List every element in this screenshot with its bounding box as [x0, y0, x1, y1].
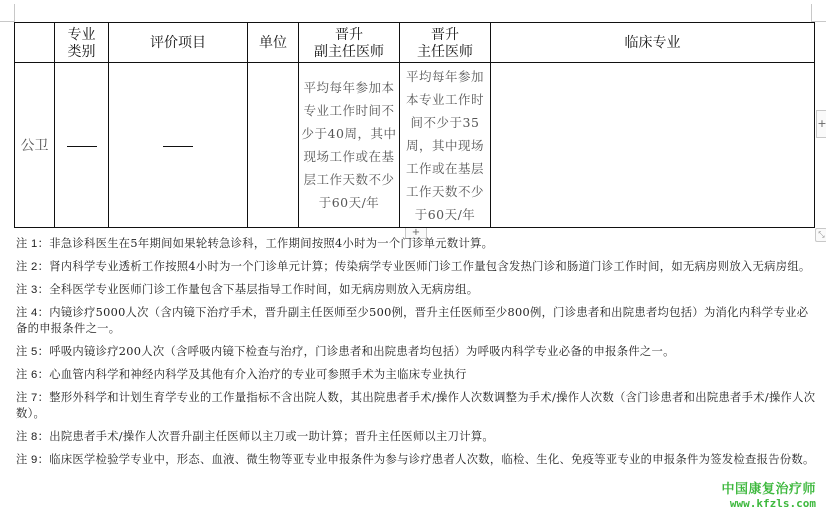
- watermark-name: 中国康复治疗师: [721, 482, 816, 497]
- note-label: 注 4：: [16, 307, 49, 319]
- cell-chief-requirement[interactable]: 平均每年参加本专业工作时间不少于35周，其中现场工作或在基层工作天数不少于60天…: [400, 63, 491, 228]
- add-column-button[interactable]: +: [816, 110, 826, 138]
- table-header-row: 专业 类别 评价项目 单位 晋升 副主任医师 晋升 主任医师 临床专业: [15, 23, 815, 63]
- note-6: 注 6：心血管内科学和神经内科学及其他有介入治疗的专业可参照手术为主临床专业执行: [16, 367, 816, 383]
- em-dash-placeholder: [67, 146, 97, 147]
- note-label: 注 1：: [16, 238, 49, 250]
- cell-clinical[interactable]: [491, 63, 815, 228]
- header-line: 临床专业: [491, 34, 814, 51]
- site-watermark: 中国康复治疗师 www.kfzls.com: [721, 482, 816, 510]
- note-text: 肾内科学专业透析工作按照4小时为一个门诊单元计算；传染病学专业医师门诊工作量包含…: [49, 260, 810, 273]
- table-resize-handle[interactable]: ⤡: [815, 228, 826, 242]
- cell-major-category[interactable]: [55, 63, 109, 228]
- watermark-url: www.kfzls.com: [721, 497, 816, 510]
- note-text: 全科医学专业医师门诊工作量包含下基层指导工作时间，如无病房则放入无病房组。: [49, 283, 478, 296]
- header-line: 副主任医师: [299, 43, 399, 60]
- header-line: 单位: [248, 34, 298, 51]
- note-label: 注 3：: [16, 284, 49, 296]
- note-label: 注 5：: [16, 346, 49, 358]
- note-text: 呼吸内镜诊疗200人次（含呼吸内镜下检查与治疗，门诊患者和出院患者均包括）为呼吸…: [49, 345, 675, 358]
- footnotes: 注 1：非急诊科医生在5年期间如果轮转急诊科，工作期间按照4小时为一个门诊单元数…: [16, 236, 816, 472]
- note-7: 注 7：整形外科学和计划生育学专业的工作量指标不含出院人数，其出院患者手术/操作…: [16, 390, 816, 422]
- header-unit: 单位: [248, 23, 299, 63]
- note-8: 注 8：出院患者手术/操作人次晋升副主任医师以主刀或一助计算；晋升主任医师以主刀…: [16, 429, 816, 445]
- note-5: 注 5：呼吸内镜诊疗200人次（含呼吸内镜下检查与治疗，门诊患者和出院患者均包括…: [16, 344, 816, 360]
- note-text: 临床医学检验学专业中，形态、血液、微生物等亚专业申报条件为参与诊疗患者人次数，临…: [49, 453, 814, 466]
- header-line: 主任医师: [400, 43, 490, 60]
- note-text: 非急诊科医生在5年期间如果轮转急诊科，工作期间按照4小时为一个门诊单元数计算。: [49, 237, 493, 250]
- note-9: 注 9：临床医学检验学专业中，形态、血液、微生物等亚专业申报条件为参与诊疗患者人…: [16, 448, 816, 472]
- cell-category[interactable]: 公卫: [15, 63, 55, 228]
- page-margin-corner-mark: [811, 4, 812, 22]
- workload-requirements-table: 专业 类别 评价项目 单位 晋升 副主任医师 晋升 主任医师 临床专业 公: [14, 22, 815, 228]
- header-deputy-chief-physician: 晋升 副主任医师: [299, 23, 400, 63]
- note-3: 注 3：全科医学专业医师门诊工作量包含下基层指导工作时间，如无病房则放入无病房组…: [16, 282, 816, 298]
- header-chief-physician: 晋升 主任医师: [400, 23, 491, 63]
- note-text: 出院患者手术/操作人次晋升副主任医师以主刀或一助计算；晋升主任医师以主刀计算。: [49, 430, 494, 443]
- header-line: 晋升: [400, 26, 490, 43]
- note-label: 注 2：: [16, 261, 49, 273]
- page-margin-corner-mark: [0, 21, 14, 22]
- note-label: 注 6：: [16, 369, 49, 381]
- note-label: 注 9：: [16, 454, 49, 466]
- note-1: 注 1：非急诊科医生在5年期间如果轮转急诊科，工作期间按照4小时为一个门诊单元数…: [16, 236, 816, 252]
- header-empty: [15, 23, 55, 63]
- header-major-category: 专业 类别: [55, 23, 109, 63]
- em-dash-placeholder: [163, 146, 193, 147]
- cell-deputy-chief-requirement[interactable]: 平均每年参加本专业工作时间不少于40周，其中现场工作或在基层工作天数不少于60天…: [299, 63, 400, 228]
- note-label: 注 8：: [16, 431, 49, 443]
- header-line: 专业: [55, 26, 108, 43]
- cell-unit[interactable]: [248, 63, 299, 228]
- note-4: 注 4：内镜诊疗5000人次（含内镜下治疗手术，晋升副主任医师至少500例，晋升…: [16, 305, 816, 337]
- table-row: 公卫 平均每年参加本专业工作时间不少于40周，其中现场工作或在基层工作天数不少于…: [15, 63, 815, 228]
- header-line: 类别: [55, 43, 108, 60]
- header-line: 评价项目: [109, 34, 247, 51]
- header-line: 晋升: [299, 26, 399, 43]
- header-evaluation-item: 评价项目: [109, 23, 248, 63]
- note-label: 注 7：: [16, 392, 49, 404]
- page-margin-corner-mark: [14, 4, 15, 22]
- cell-evaluation-item[interactable]: [109, 63, 248, 228]
- note-text: 整形外科学和计划生育学专业的工作量指标不含出院人数，其出院患者手术/操作人次数调…: [16, 391, 815, 420]
- note-2: 注 2：肾内科学专业透析工作按照4小时为一个门诊单元计算；传染病学专业医师门诊工…: [16, 259, 816, 275]
- header-clinical-specialty: 临床专业: [491, 23, 815, 63]
- note-text: 内镜诊疗5000人次（含内镜下治疗手术，晋升副主任医师至少500例，晋升主任医师…: [16, 306, 808, 335]
- note-text: 心血管内科学和神经内科学及其他有介入治疗的专业可参照手术为主临床专业执行: [49, 368, 467, 381]
